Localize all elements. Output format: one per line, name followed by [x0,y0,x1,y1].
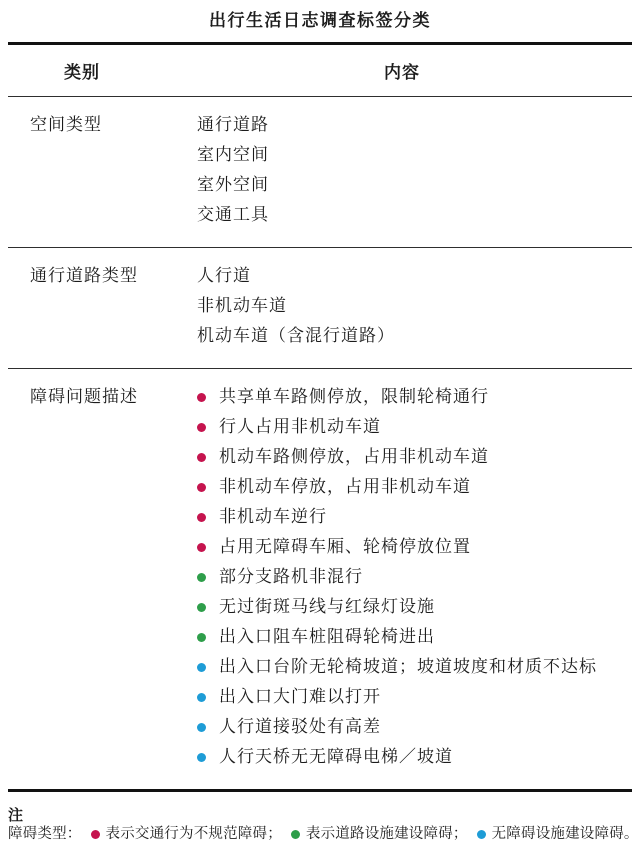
legend-text: 无障碍设施建设障碍。 [492,825,639,844]
footnote-label: 注 [8,807,632,825]
content-item: 出入口台阶无轮椅坡道；坡道坡度和材质不达标 [197,652,640,682]
category-label: 空间类型 [0,110,197,230]
footnote-legend: 表示交通行为不规范障碍；表示道路设施建设障碍；无障碍设施建设障碍。 [82,825,639,844]
content-items: 共享单车路侧停放，限制轮椅通行行人占用非机动车道机动车路侧停放，占用非机动车道非… [197,382,640,772]
red-bullet-icon [197,393,206,402]
red-legend-bullet-icon [91,830,100,839]
content-items: 人行道非机动车道机动车道（含混行道路） [197,261,640,351]
content-item: 出入口大门难以打开 [197,682,640,712]
content-item-text: 出入口大门难以打开 [219,682,381,712]
content-item-text: 非机动车逆行 [219,502,327,532]
content-item-text: 出入口台阶无轮椅坡道；坡道坡度和材质不达标 [219,652,597,682]
content-item-text: 行人占用非机动车道 [219,412,381,442]
content-items: 通行道路室内空间室外空间交通工具 [197,110,640,230]
content-item-text: 交通工具 [197,200,269,230]
green-bullet-icon [197,603,206,612]
table-section-row: 空间类型通行道路室内空间室外空间交通工具 [0,97,640,247]
content-item: 无过街斑马线与红绿灯设施 [197,592,640,622]
content-item-text: 非机动车停放，占用非机动车道 [219,472,471,502]
category-label: 障碍问题描述 [0,382,197,772]
content-item: 非机动车停放，占用非机动车道 [197,472,640,502]
content-item: 行人占用非机动车道 [197,412,640,442]
content-item-text: 共享单车路侧停放，限制轮椅通行 [219,382,489,412]
title-gap [0,33,640,42]
table-body: 空间类型通行道路室内空间室外空间交通工具通行道路类型人行道非机动车道机动车道（含… [0,97,640,792]
content-item-text: 占用无障碍车厢、轮椅停放位置 [219,532,471,562]
blue-bullet-icon [197,693,206,702]
red-bullet-icon [197,513,206,522]
blue-legend-bullet-icon [477,830,486,839]
content-item: 非机动车逆行 [197,502,640,532]
content-item: 人行天桥无无障碍电梯／坡道 [197,742,640,772]
footnote: 注 障碍类型：表示交通行为不规范障碍；表示道路设施建设障碍；无障碍设施建设障碍。 [0,792,640,844]
content-item-text: 人行道 [197,261,251,291]
content-item-text: 机动车道（含混行道路） [197,321,395,351]
legend-text: 表示交通行为不规范障碍； [106,825,282,844]
header-content: 内容 [164,58,640,83]
blue-bullet-icon [197,663,206,672]
content-item: 人行道接驳处有高差 [197,712,640,742]
content-item-text: 人行道接驳处有高差 [219,712,381,742]
red-bullet-icon [197,483,206,492]
red-bullet-icon [197,543,206,552]
content-item-text: 出入口阻车桩阻碍轮椅进出 [219,622,435,652]
content-item: 人行道 [197,261,640,291]
content-item-text: 人行天桥无无障碍电梯／坡道 [219,742,453,772]
legend-text: 表示道路设施建设障碍； [306,825,468,844]
table-figure: 出行生活日志调查标签分类 类别 内容 空间类型通行道路室内空间室外空间交通工具通… [0,0,640,855]
footnote-prefix: 障碍类型： [8,825,82,844]
content-item: 占用无障碍车厢、轮椅停放位置 [197,532,640,562]
content-item: 共享单车路侧停放，限制轮椅通行 [197,382,640,412]
content-item: 交通工具 [197,200,640,230]
content-item: 部分支路机非混行 [197,562,640,592]
table-title: 出行生活日志调查标签分类 [0,0,640,33]
content-item-text: 室外空间 [197,170,269,200]
category-label: 通行道路类型 [0,261,197,351]
red-bullet-icon [197,453,206,462]
table-header-row: 类别 内容 [0,45,640,96]
content-item: 出入口阻车桩阻碍轮椅进出 [197,622,640,652]
blue-bullet-icon [197,753,206,762]
green-bullet-icon [197,573,206,582]
content-item-text: 机动车路侧停放，占用非机动车道 [219,442,489,472]
content-item: 机动车道（含混行道路） [197,321,640,351]
content-item: 室内空间 [197,140,640,170]
content-item-text: 非机动车道 [197,291,287,321]
content-item-text: 室内空间 [197,140,269,170]
blue-bullet-icon [197,723,206,732]
footnote-legend-line: 障碍类型：表示交通行为不规范障碍；表示道路设施建设障碍；无障碍设施建设障碍。 [8,825,632,844]
red-bullet-icon [197,423,206,432]
green-bullet-icon [197,633,206,642]
table-section-row: 通行道路类型人行道非机动车道机动车道（含混行道路） [0,248,640,368]
green-legend-bullet-icon [291,830,300,839]
content-item: 机动车路侧停放，占用非机动车道 [197,442,640,472]
content-item: 通行道路 [197,110,640,140]
content-item-text: 无过街斑马线与红绿灯设施 [219,592,435,622]
content-item-text: 通行道路 [197,110,269,140]
content-item: 非机动车道 [197,291,640,321]
table-section-row: 障碍问题描述共享单车路侧停放，限制轮椅通行行人占用非机动车道机动车路侧停放，占用… [0,369,640,789]
content-item-text: 部分支路机非混行 [219,562,363,592]
header-category: 类别 [0,58,164,83]
content-item: 室外空间 [197,170,640,200]
